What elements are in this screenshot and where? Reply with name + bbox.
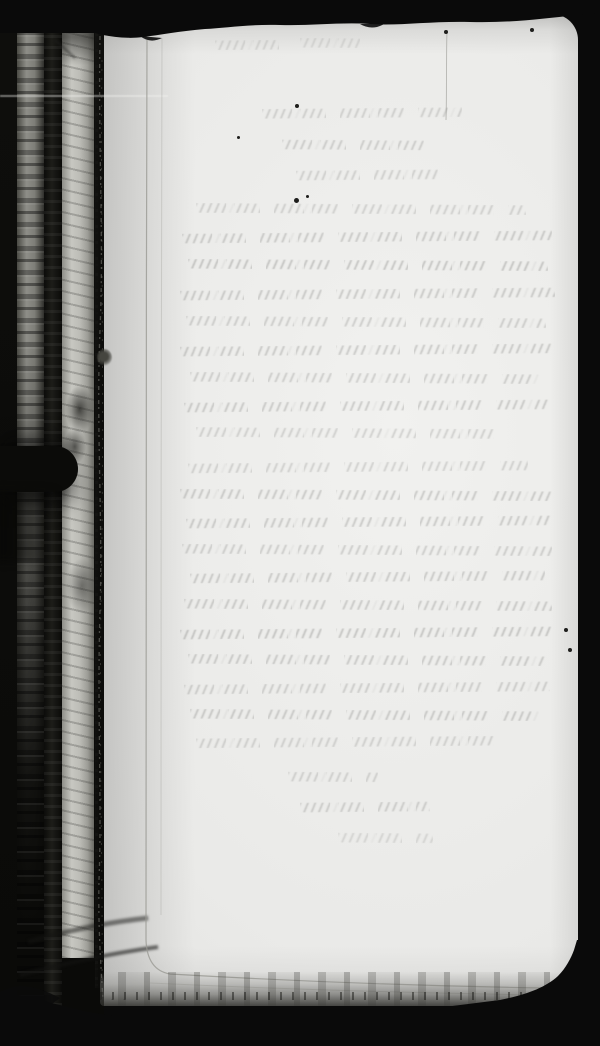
page-stack-edge xyxy=(100,972,578,1006)
binding-clasp-shadow xyxy=(0,446,78,492)
book-binding xyxy=(0,0,104,1046)
scanned-page-photograph xyxy=(0,0,600,1046)
gutter-speckle-line xyxy=(95,33,104,988)
ledger-page xyxy=(100,14,578,1006)
scan-artifact-line xyxy=(0,95,168,97)
binding-edge-strip xyxy=(62,28,94,958)
